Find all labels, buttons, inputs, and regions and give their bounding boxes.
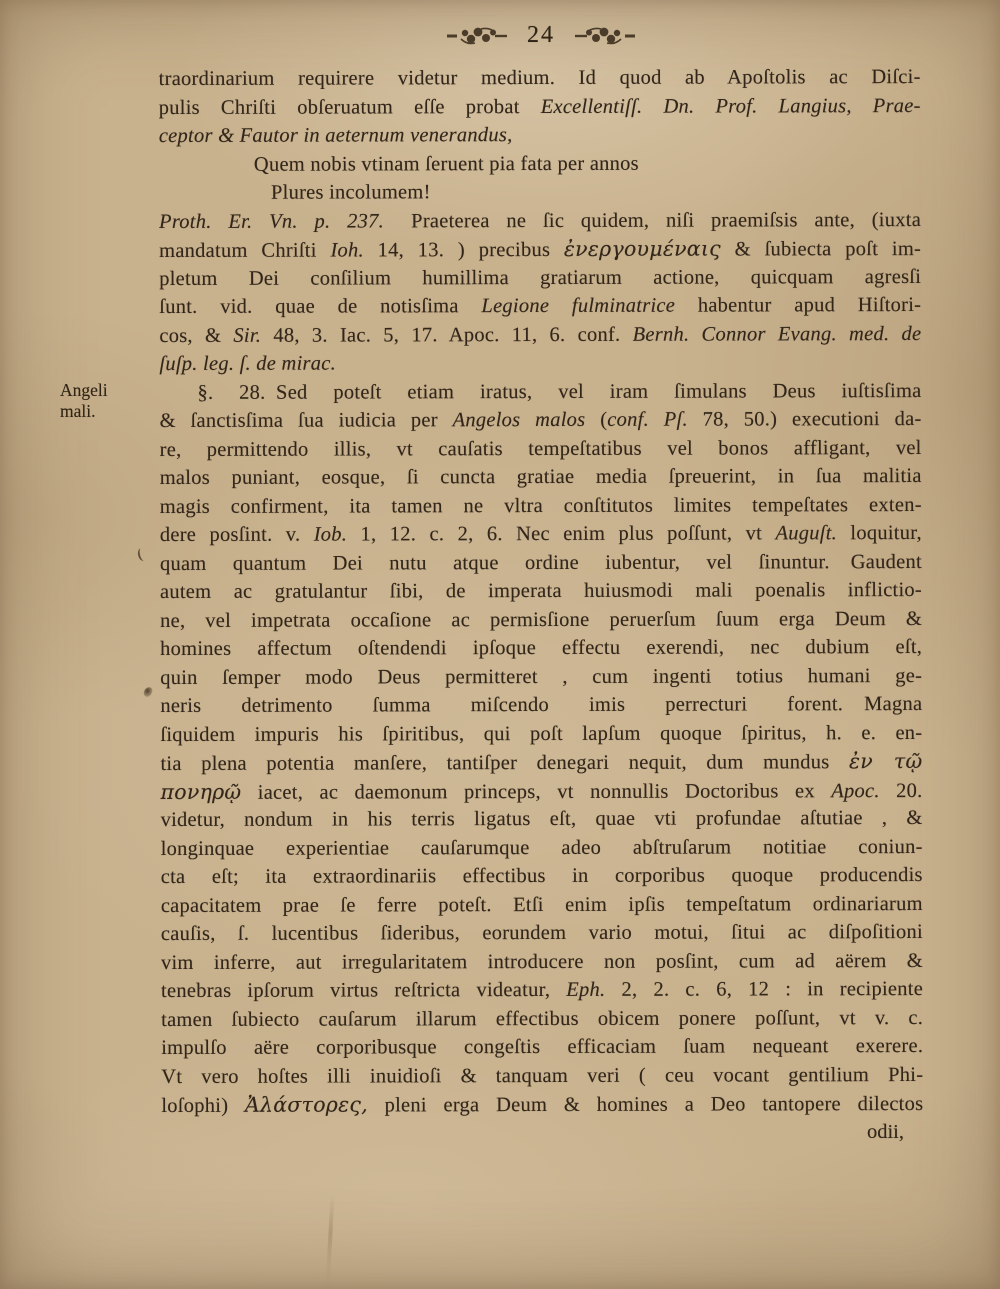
catchword: odii, bbox=[867, 1121, 904, 1144]
text-line: autem ac gratulantur ſibi, de imperata h… bbox=[160, 576, 922, 606]
text-line: Plures incolumem! bbox=[159, 177, 921, 207]
text-line: quam quantum Dei nutu atque ordine iuben… bbox=[160, 548, 922, 578]
text-line: cta eſt; ita extraordinariis effectibus … bbox=[161, 861, 923, 891]
roman-text: Vt vero hoſtes illi inuidioſi & tanquam … bbox=[161, 1064, 923, 1088]
italic-text: ceptor & Fautor in aeternum venerandus, bbox=[159, 124, 513, 147]
roman-text: tia plena potentia manſere, tantiſper de… bbox=[160, 751, 849, 775]
fleuron-icon bbox=[571, 25, 637, 47]
roman-text: homines affectum oſtendendi ipſoque effe… bbox=[160, 636, 922, 660]
greek-text: ἐνεργουμέναις bbox=[564, 237, 721, 261]
paragraph-section-28: §. 28. Sed poteſt etiam iratus, vel iram… bbox=[159, 377, 923, 1120]
roman-text: re, permittendo illis, vt cauſatis tempe… bbox=[160, 437, 922, 461]
text-line: ſuſp. leg. ſ. de mirac. bbox=[159, 348, 921, 378]
text-line: §. 28. Sed poteſt etiam iratus, vel iram… bbox=[159, 377, 921, 407]
text-line: ſiquidem impuris his ſpiritibus, qui poſ… bbox=[160, 719, 922, 749]
text-line: cos, & Sir. 48, 3. Iac. 5, 17. Apoc. 11,… bbox=[159, 320, 921, 350]
paragraph-verse: Quem nobis vtinam ſeruent pia fata per a… bbox=[159, 149, 921, 208]
roman-text: malos puniant, eosque, ſi cuncta gratiae… bbox=[160, 465, 922, 489]
text-line: cauſis, ſ. lucentibus ſideribus, eorunde… bbox=[161, 918, 923, 948]
text-line: quin ſemper modo Deus permitteret , cum … bbox=[160, 662, 922, 692]
italic-text: Angelos malos bbox=[453, 409, 586, 431]
roman-text: capacitatem prae ſe ferre poteſt. Etſi e… bbox=[161, 893, 923, 917]
italic-text: Sir. bbox=[233, 324, 261, 346]
roman-text: 14, 13. ) precibus bbox=[364, 239, 564, 262]
text-line: Quem nobis vtinam ſeruent pia fata per a… bbox=[159, 149, 921, 179]
text-line: pulis Chriſti obſeruatum eſſe probat Exc… bbox=[159, 92, 921, 122]
text-block: traordinarium requirere videtur medium. … bbox=[159, 63, 924, 1119]
roman-text: dere posſint. v. bbox=[160, 524, 314, 546]
roman-text: 78, 50.) executioni da- bbox=[688, 408, 922, 431]
paper-crease bbox=[326, 1195, 335, 1289]
roman-text: cauſis, ſ. lucentibus ſideribus, eorunde… bbox=[161, 921, 923, 945]
paragraph-continuation: traordinarium requirere videtur medium. … bbox=[159, 63, 921, 150]
text-line: ne, vel impetrata occaſione ac permisſio… bbox=[160, 605, 922, 635]
italic-text: Eph. bbox=[566, 979, 605, 1001]
roman-text: 2, 2. c. 6, 12 : in recipiente bbox=[605, 978, 923, 1001]
fleuron-icon bbox=[445, 25, 511, 47]
text-line: tamen ſubiecto cauſarum illarum effectib… bbox=[161, 1004, 923, 1034]
roman-text: pletum Dei conſilium humillima gratiarum… bbox=[159, 266, 921, 290]
text-line: πονηρῷ iacet, ac daemonum princeps, vt n… bbox=[160, 776, 922, 806]
text-line: malos puniant, eosque, ſi cuncta gratiae… bbox=[160, 462, 922, 492]
book-page: 24 Angeli mali. traordinarium requirer bbox=[0, 0, 1000, 1289]
italic-text: Proth. Er. Vn. p. 237. bbox=[159, 210, 384, 233]
roman-text: traordinarium requirere videtur medium. … bbox=[159, 66, 921, 90]
ink-speck bbox=[137, 547, 149, 562]
text-line: tenebras ipſorum virtus reſtricta videat… bbox=[161, 975, 923, 1005]
text-line: capacitatem prae ſe ferre poteſt. Etſi e… bbox=[161, 890, 923, 920]
text-line: ceptor & Fautor in aeternum venerandus, bbox=[159, 120, 921, 150]
italic-text: Excellentiſſ. Dn. Prof. Langius, Prae- bbox=[541, 95, 921, 118]
roman-text: pulis Chriſti obſeruatum eſſe probat bbox=[159, 95, 541, 118]
text-line: vim inferre, aut irregularitatem introdu… bbox=[161, 947, 923, 977]
roman-text: & ſubiecta poſt im- bbox=[721, 238, 921, 261]
roman-text: ſiquidem impuris his ſpiritibus, qui poſ… bbox=[160, 722, 922, 746]
text-line: longinquae experientiae cauſarumque adeo… bbox=[161, 833, 923, 863]
text-line: impulſo aëre corporibusque congeſtis eff… bbox=[161, 1032, 923, 1062]
greek-text: Ἀλάστορες, bbox=[245, 1092, 368, 1116]
italic-text: Apoc. bbox=[831, 780, 880, 802]
roman-text: & ſanctisſima ſua iudicia per bbox=[160, 409, 453, 432]
margin-note-line: Angeli bbox=[60, 380, 158, 401]
text-line: magis confirment, ita tamen ne vltra con… bbox=[160, 491, 922, 521]
roman-text: Praeterea ne ſic quidem, niſi praemiſsis… bbox=[384, 209, 921, 232]
text-line: homines affectum oſtendendi ipſoque effe… bbox=[160, 633, 922, 663]
italic-text: Legione fulminatrice bbox=[481, 295, 675, 318]
italic-text: conf. Pſ. bbox=[607, 409, 688, 431]
roman-text: tamen ſubiecto cauſarum illarum effectib… bbox=[161, 1007, 923, 1031]
text-line: tia plena potentia manſere, tantiſper de… bbox=[160, 747, 922, 777]
page-number: 24 bbox=[527, 22, 555, 49]
roman-text: habentur apud Hiſtori- bbox=[675, 294, 921, 317]
roman-text: 1, 12. c. 2, 6. Nec enim plus poſſunt, v… bbox=[347, 522, 775, 545]
roman-text: vim inferre, aut irregularitatem introdu… bbox=[161, 950, 923, 974]
italic-text: Bernh. Connor Evang. med. de bbox=[633, 323, 922, 346]
roman-text: 48, 3. Iac. 5, 17. Apoc. 11, 6. conf. bbox=[261, 323, 633, 346]
margin-note-line: mali. bbox=[60, 401, 158, 422]
text-line: re, permittendo illis, vt cauſatis tempe… bbox=[160, 434, 922, 464]
roman-text: §. 28. Sed poteſt etiam iratus, vel iram… bbox=[197, 380, 921, 404]
roman-text: videtur, nondum in his terris ligatus eſ… bbox=[161, 807, 923, 831]
text-line: videtur, nondum in his terris ligatus eſ… bbox=[161, 804, 923, 834]
greek-text: ἐν τῷ bbox=[849, 749, 923, 773]
italic-text: Iob. bbox=[314, 524, 348, 546]
roman-text: neris detrimento ſumma miſcendo imis per… bbox=[160, 693, 922, 717]
italic-text: Ioh. bbox=[330, 239, 364, 261]
roman-text: tenebras ipſorum virtus reſtricta videat… bbox=[161, 979, 566, 1002]
text-line: loſophi) Ἀλάστορες, pleni erga Deum & ho… bbox=[161, 1089, 923, 1119]
roman-text: autem ac gratulantur ſibi, de imperata h… bbox=[160, 579, 922, 603]
text-line: traordinarium requirere videtur medium. … bbox=[159, 63, 921, 93]
page-header: 24 bbox=[160, 22, 922, 49]
roman-text: ( bbox=[585, 409, 607, 431]
text-line: neris detrimento ſumma miſcendo imis per… bbox=[160, 690, 922, 720]
ink-speck bbox=[143, 686, 154, 698]
text-line: Vt vero hoſtes illi inuidioſi & tanquam … bbox=[161, 1061, 923, 1091]
text-line: mandatum Chriſti Ioh. 14, 13. ) precibus… bbox=[159, 234, 921, 264]
text-line: & ſanctisſima ſua iudicia per Angelos ma… bbox=[160, 405, 922, 435]
roman-text: iacet, ac daemonum princeps, vt nonnulli… bbox=[241, 780, 831, 804]
roman-text: ſunt. vid. quae de notisſima bbox=[159, 295, 481, 318]
text-line: dere posſint. v. Iob. 1, 12. c. 2, 6. Ne… bbox=[160, 519, 922, 549]
paragraph-protheorema-note: Proth. Er. Vn. p. 237. Praeterea ne ſic … bbox=[159, 206, 921, 379]
text-line: ſunt. vid. quae de notisſima Legione ful… bbox=[159, 291, 921, 321]
roman-text: quin ſemper modo Deus permitteret , cum … bbox=[160, 665, 922, 689]
roman-text: cta eſt; ita extraordinariis effectibus … bbox=[161, 864, 923, 888]
roman-text: loquitur, bbox=[837, 522, 922, 544]
roman-text: Plures incolumem! bbox=[271, 181, 431, 203]
roman-text: 20. bbox=[880, 780, 923, 802]
italic-text: Auguſt. bbox=[775, 522, 837, 544]
roman-text: cos, & bbox=[159, 324, 233, 346]
roman-text: impulſo aëre corporibusque congeſtis eff… bbox=[161, 1035, 923, 1059]
roman-text: Quem nobis vtinam ſeruent pia fata per a… bbox=[254, 152, 639, 175]
margin-note: Angeli mali. bbox=[60, 380, 158, 422]
roman-text: pleni erga Deum & homines a Deo tantoper… bbox=[368, 1093, 924, 1116]
italic-text: ſuſp. leg. ſ. de mirac. bbox=[159, 353, 336, 375]
text-line: pletum Dei conſilium humillima gratiarum… bbox=[159, 263, 921, 293]
roman-text: mandatum Chriſti bbox=[159, 240, 330, 262]
roman-text: magis confirment, ita tamen ne vltra con… bbox=[160, 494, 922, 518]
roman-text: longinquae experientiae cauſarumque adeo… bbox=[161, 836, 923, 860]
roman-text: quam quantum Dei nutu atque ordine iuben… bbox=[160, 551, 922, 575]
text-line: Proth. Er. Vn. p. 237. Praeterea ne ſic … bbox=[159, 206, 921, 236]
greek-text: πονηρῷ bbox=[160, 779, 241, 803]
roman-text: loſophi) bbox=[161, 1095, 245, 1117]
roman-text: ne, vel impetrata occaſione ac permisſio… bbox=[160, 608, 922, 632]
